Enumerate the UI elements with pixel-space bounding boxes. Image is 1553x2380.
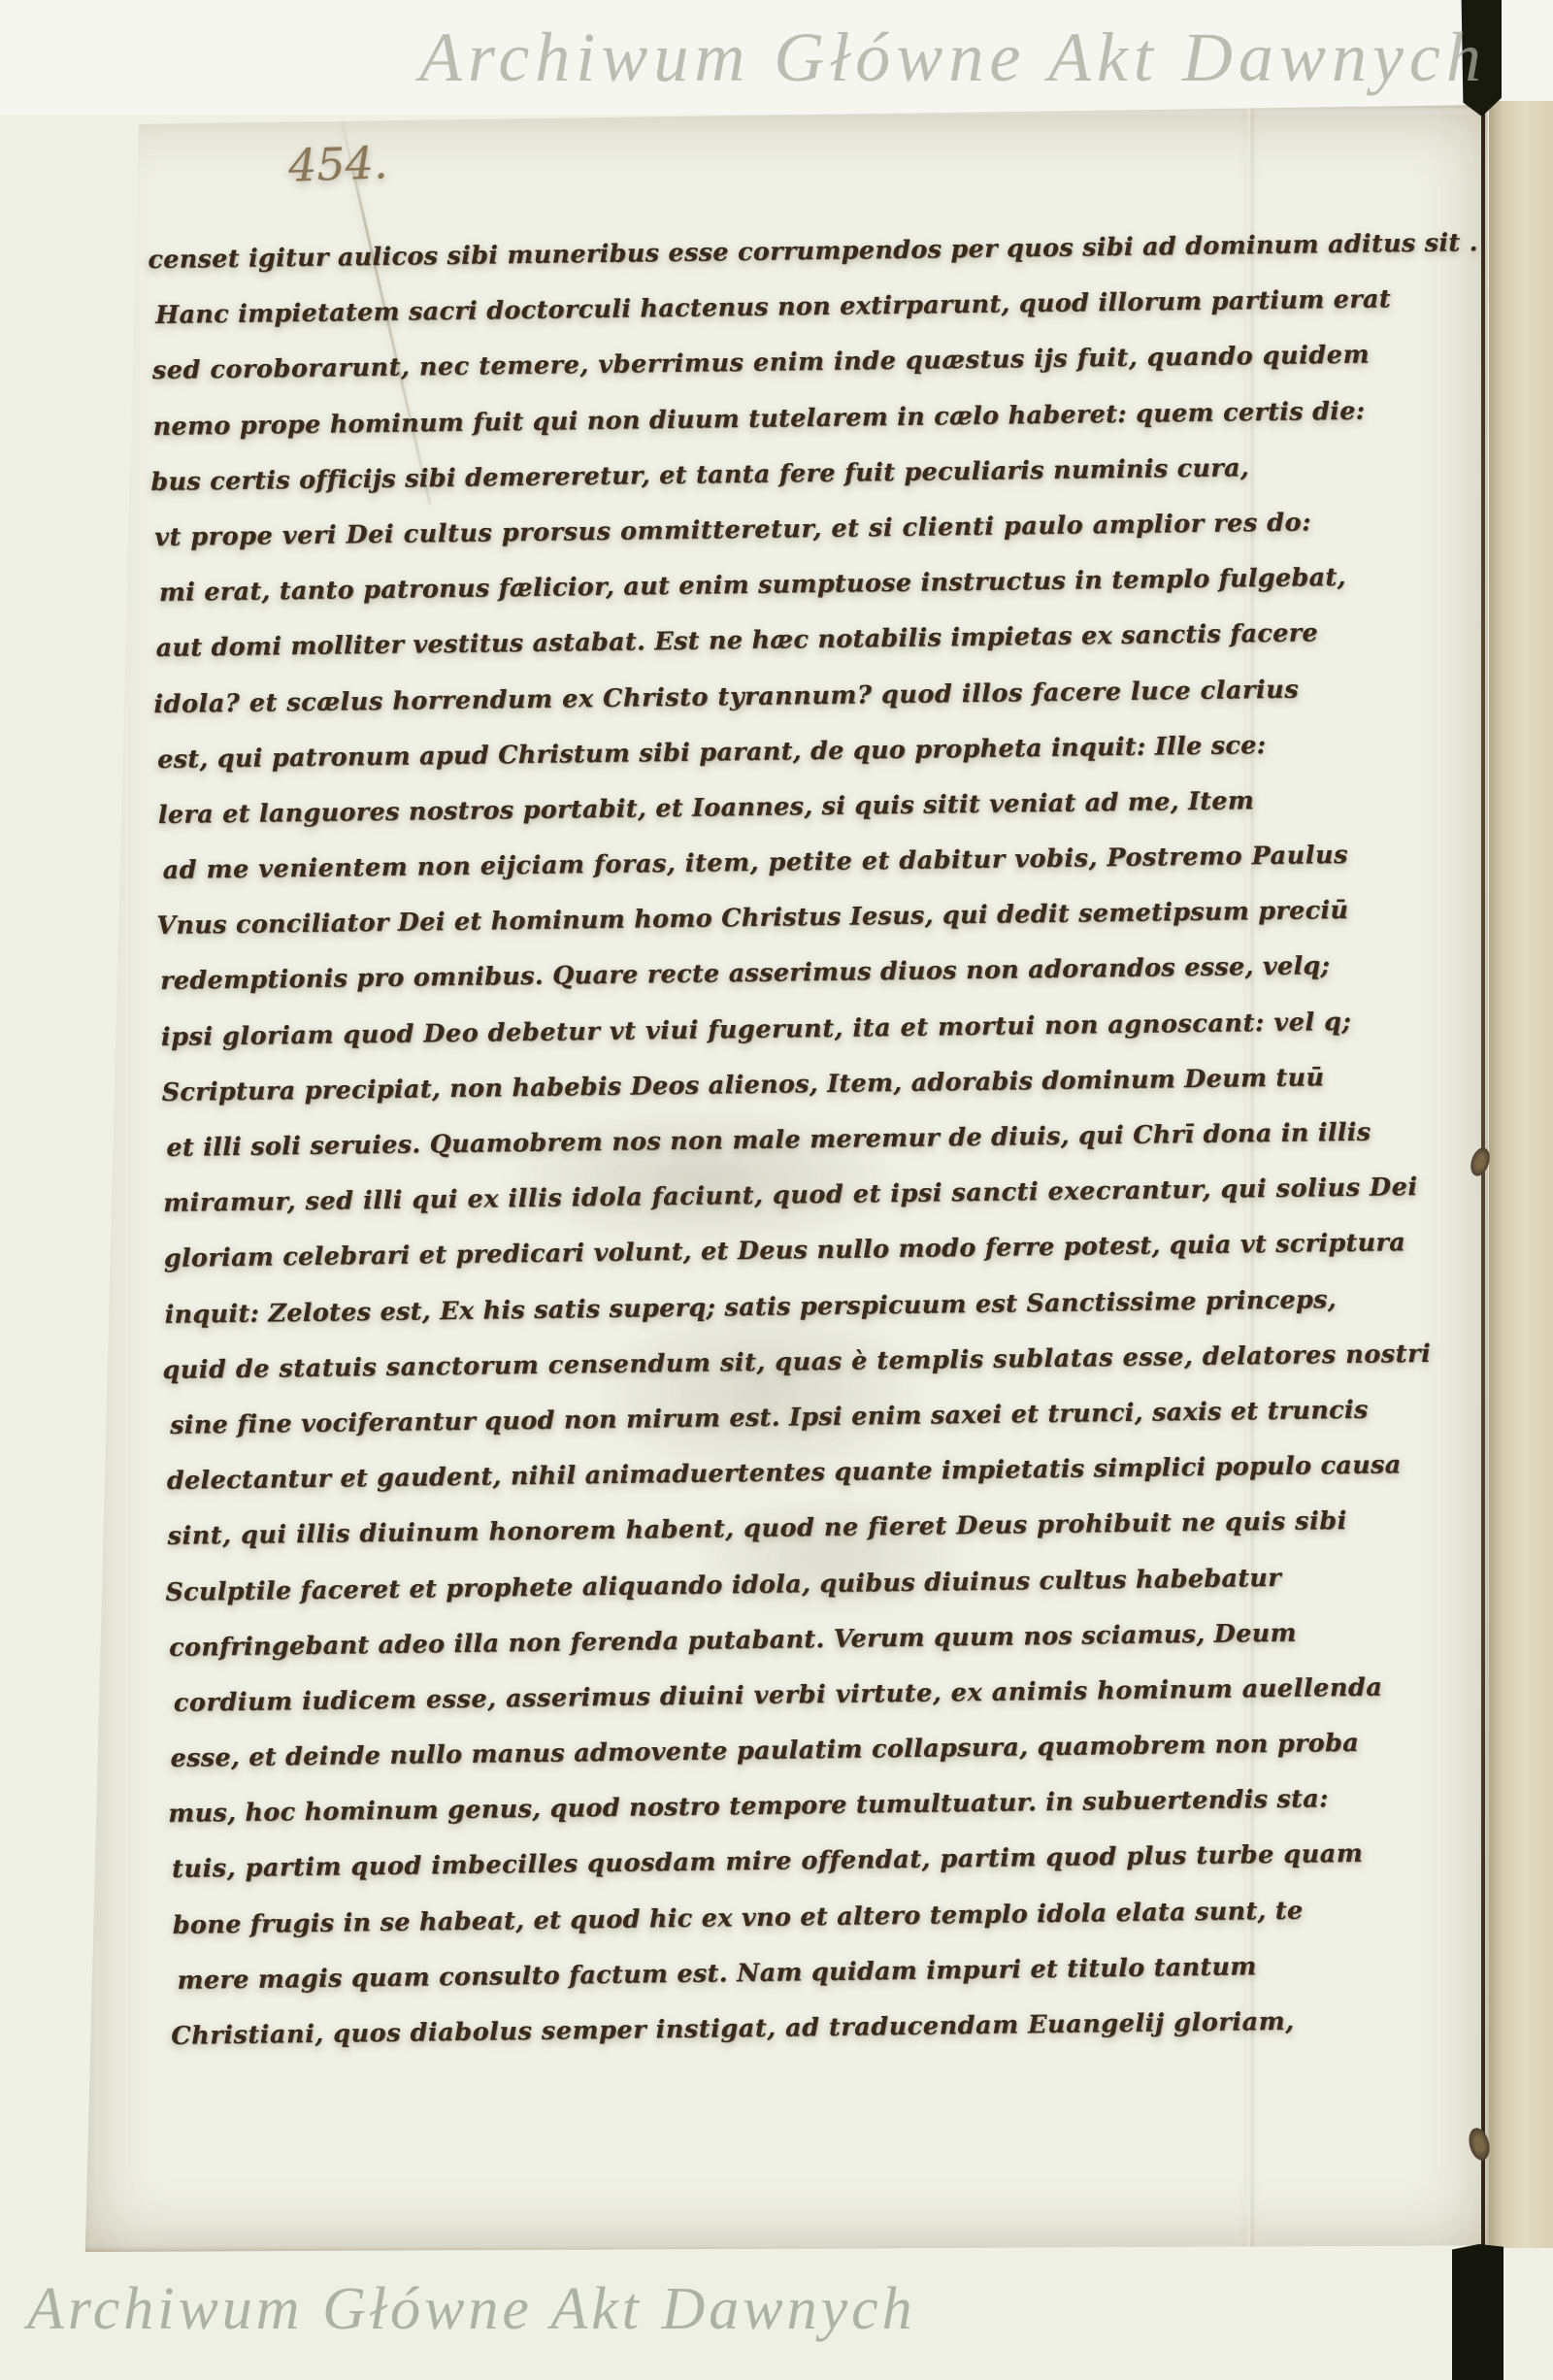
manuscript-page: 454. censet igitur aulicos sibi muneribu…	[83, 105, 1489, 2252]
manuscript-scan: 454. censet igitur aulicos sibi muneribu…	[0, 0, 1553, 2380]
manuscript-text: censet igitur aulicos sibi muneribus ess…	[150, 215, 1480, 2065]
page-number: 454.	[287, 136, 388, 192]
spine-strip-top	[1458, 0, 1502, 116]
backing-sheet-bottom	[0, 2248, 1553, 2380]
spine-strip-bottom	[1452, 2244, 1503, 2380]
backing-sheet-top	[0, 0, 1553, 115]
adjacent-page-edge	[1489, 101, 1553, 2248]
binding-gutter	[1481, 103, 1485, 2248]
